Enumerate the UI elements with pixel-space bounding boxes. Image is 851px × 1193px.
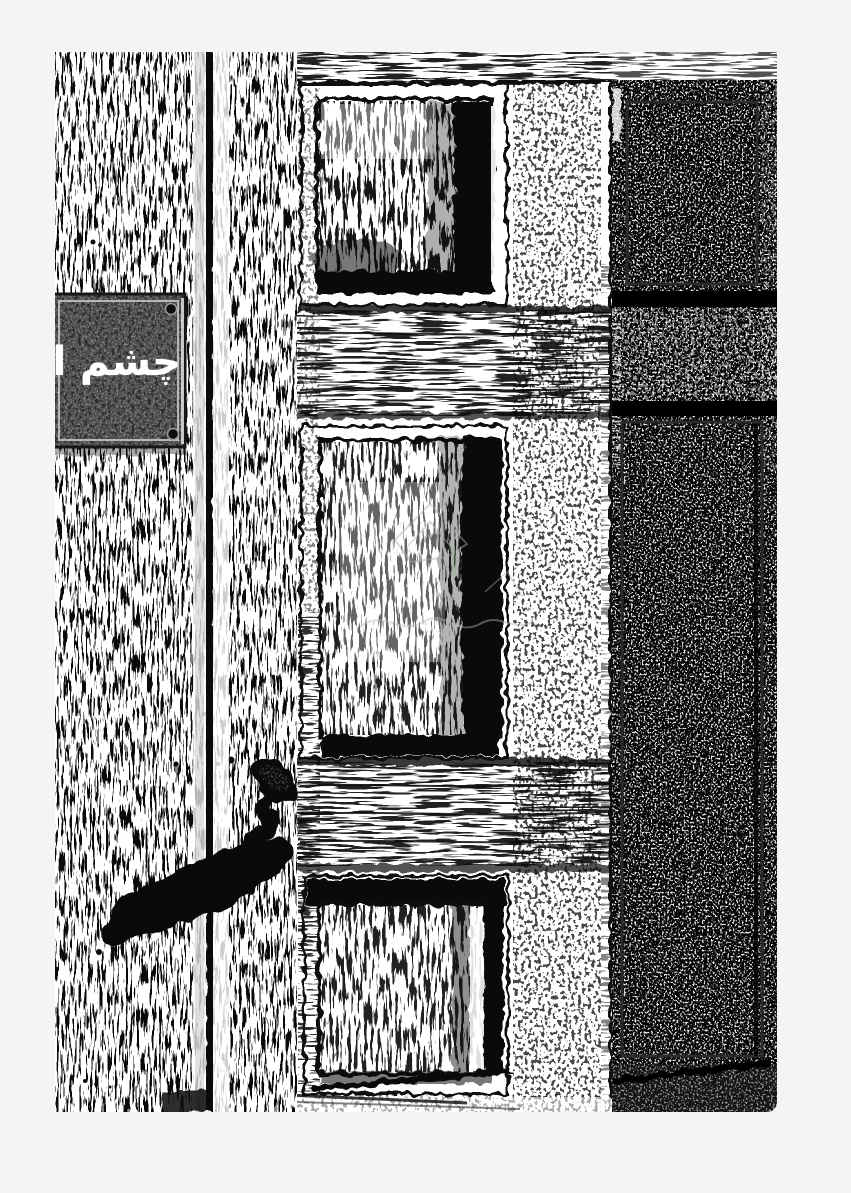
- door-panel-1: [301, 83, 507, 305]
- door-rail-2: [297, 758, 612, 872]
- door-rail-1: [297, 306, 612, 419]
- door-top-rail: [297, 52, 612, 82]
- door-panel-3: [304, 876, 511, 1094]
- main-door-leaf: [242, 52, 613, 1112]
- door-bottom: [242, 1093, 612, 1112]
- plaster-wall: [55, 52, 300, 1112]
- sign-text: چشم اندا: [55, 333, 181, 393]
- door-right-stile: [513, 82, 601, 1097]
- screw-icon: [168, 429, 179, 440]
- screw-icon: [166, 304, 177, 315]
- door-panel-2: [301, 426, 507, 758]
- shadowed-door-leaf: [612, 52, 777, 1112]
- photo-artwork: [55, 52, 777, 1112]
- page-background: چشم اندا: [0, 0, 851, 1193]
- halftone-photograph: چشم اندا: [55, 52, 777, 1112]
